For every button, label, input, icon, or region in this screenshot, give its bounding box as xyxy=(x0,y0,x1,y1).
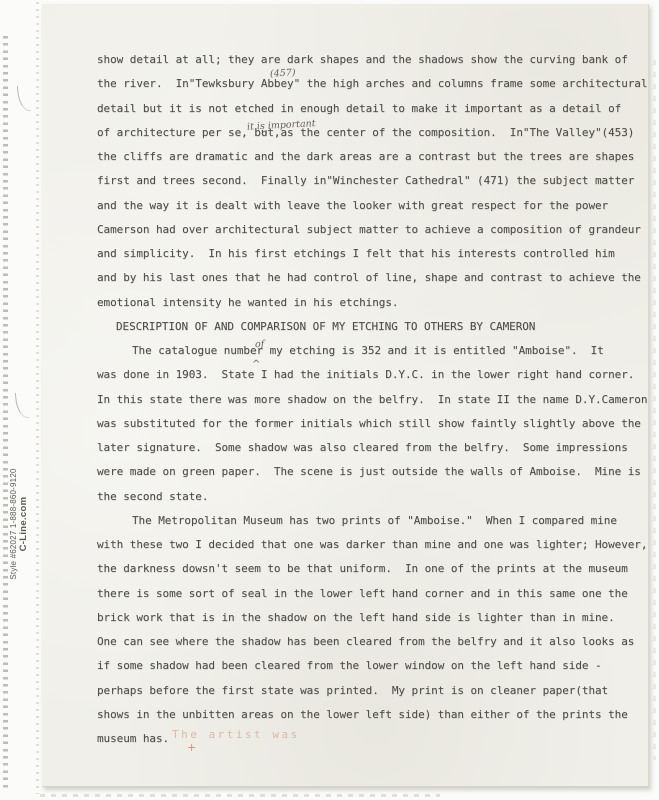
handwritten-catalog-number-457: (457) xyxy=(270,67,296,79)
text-line: later signature. Some shadow was also cl… xyxy=(97,441,642,465)
text-line: the cliffs are dramatic and the dark are… xyxy=(97,150,642,174)
protector-style-number: Style #62027 1-888-860-9120 xyxy=(9,431,18,617)
text-line: One can see where the shadow has been cl… xyxy=(97,635,642,659)
text-line: the river. In"Tewksbury Abbey" the high … xyxy=(97,77,642,101)
protector-brand-name: C-Line.com xyxy=(18,431,29,617)
text-line: first and trees second. Finally in"Winch… xyxy=(97,174,642,198)
text-line: and the way it is dealt with leave the l… xyxy=(97,199,642,223)
erased-typed-text: The artist was xyxy=(172,728,300,741)
text-line: detail but it is not etched in enough de… xyxy=(97,102,642,126)
text-line: Camerson had over architectural subject … xyxy=(97,223,642,247)
document-page: show detail at all; they are dark shapes… xyxy=(42,4,649,787)
typewritten-lines: show detail at all; they are dark shapes… xyxy=(97,53,642,756)
text-line: was done in 1903. State I had the initia… xyxy=(97,368,642,392)
protector-stitch-inner xyxy=(36,2,39,794)
text-line: there is some sort of seal in the lower … xyxy=(97,587,642,611)
text-line: of architecture per se, but,as the cente… xyxy=(97,126,642,150)
text-line: the second state. xyxy=(97,490,642,514)
protector-stitch-outer xyxy=(3,36,8,788)
text-line: was substituted for the former initials … xyxy=(97,417,642,441)
protector-crease-top xyxy=(17,86,31,111)
scanned-document-view: Style #62027 1-888-860-9120 C-Line.com s… xyxy=(0,0,659,800)
protector-crease-mid xyxy=(15,393,29,418)
text-line: if some shadow had been cleared from the… xyxy=(97,659,642,683)
red-pencil-mark: + xyxy=(187,741,196,754)
text-line: with these two I decided that one was da… xyxy=(97,538,642,562)
handwritten-insert-of: of xyxy=(255,339,265,350)
text-line: the darkness dowsn't seem to be that uni… xyxy=(97,562,642,586)
text-line: emotional intensity he wanted in his etc… xyxy=(97,296,642,320)
text-line: show detail at all; they are dark shapes… xyxy=(97,53,642,77)
text-line: The catalogue number my etching is 352 a… xyxy=(97,344,642,368)
protector-brand-label: Style #62027 1-888-860-9120 C-Line.com xyxy=(9,431,41,617)
text-line: and by his last ones that he had control… xyxy=(97,271,642,295)
text-line: and simplicity. In his first etchings I … xyxy=(97,247,642,271)
text-line: DESCRIPTION OF AND COMPARISON OF MY ETCH… xyxy=(97,320,642,344)
text-line: The Metropolitan Museum has two prints o… xyxy=(97,514,642,538)
insert-caret-icon: ^ xyxy=(252,359,260,370)
insert-caret-icon: ^ xyxy=(260,130,268,141)
text-line: perhaps before the first state was print… xyxy=(97,684,642,708)
protector-weld-right xyxy=(653,60,656,760)
protector-weld-bottom xyxy=(40,794,440,797)
text-line: In this state there was more shadow on t… xyxy=(97,393,642,417)
text-line: brick work that is in the shadow on the … xyxy=(97,611,642,635)
text-line: were made on green paper. The scene is j… xyxy=(97,465,642,489)
